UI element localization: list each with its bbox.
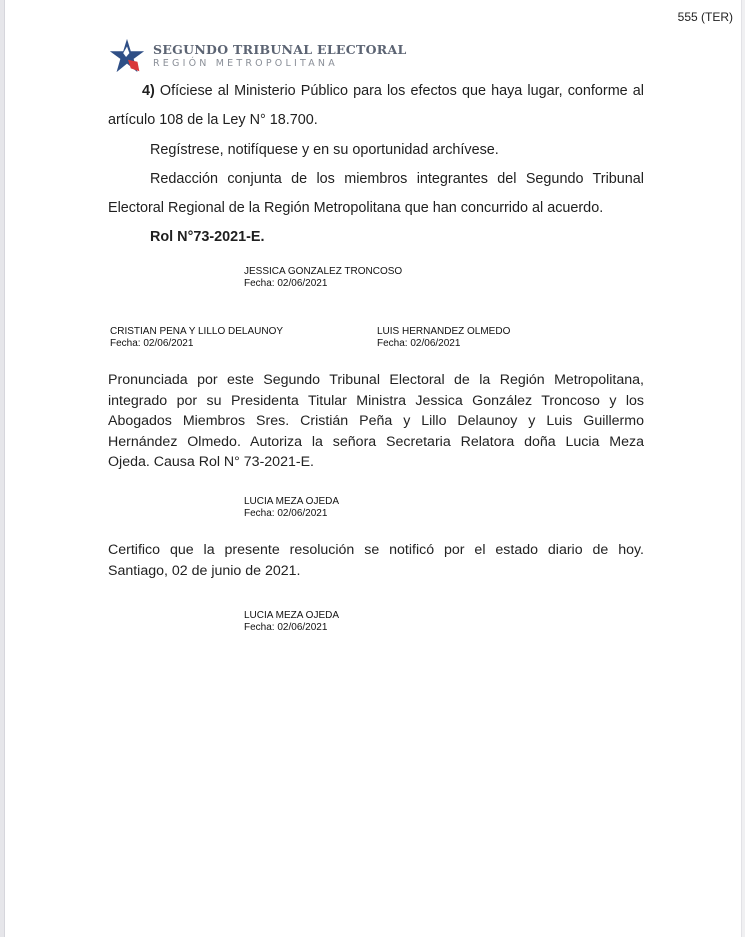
signature-date: Fecha: 02/06/2021	[377, 338, 510, 350]
item-4-line-2: artículo 108 de la Ley N° 18.700.	[108, 112, 318, 128]
rol-number: Rol N°73-2021-E.	[150, 229, 265, 245]
signer-name: LUCIA MEZA OJEDA	[244, 610, 339, 622]
page-left-edge	[0, 0, 5, 937]
signature-date: Fecha: 02/06/2021	[244, 508, 339, 520]
para-line: Certifico que la presente resolución se …	[108, 540, 644, 561]
para-line: integrado por su Presidenta Titular Mini…	[108, 391, 644, 412]
signature-member-2: LUIS HERNANDEZ OLMEDO Fecha: 02/06/2021	[377, 326, 510, 349]
pronunciada-paragraph: Pronunciada por este Segundo Tribunal El…	[108, 370, 644, 473]
para-line: Santiago, 02 de junio de 2021.	[108, 561, 644, 582]
item-number: 4)	[142, 83, 155, 99]
para-line: Pronunciada por este Segundo Tribunal El…	[108, 370, 644, 391]
tribunal-logo: SEGUNDO TRIBUNAL ELECTORAL REGIÓN METROP…	[108, 37, 407, 75]
tribunal-name: SEGUNDO TRIBUNAL ELECTORAL	[153, 42, 407, 57]
para-line: Hernández Olmedo. Autoriza la señora Sec…	[108, 432, 644, 453]
signature-secretary-2: LUCIA MEZA OJEDA Fecha: 02/06/2021	[244, 610, 339, 633]
star-icon	[108, 37, 146, 75]
signer-name: CRISTIAN PENA Y LILLO DELAUNOY	[110, 326, 283, 338]
page-right-edge	[741, 0, 745, 937]
signature-date: Fecha: 02/06/2021	[110, 338, 283, 350]
signature-president: JESSICA GONZALEZ TRONCOSO Fecha: 02/06/2…	[244, 266, 402, 289]
redaccion-line-1: Redacción conjunta de los miembros integ…	[108, 171, 644, 187]
register-line: Regístrese, notifíquese y en su oportuni…	[150, 142, 499, 158]
signer-name: LUIS HERNANDEZ OLMEDO	[377, 326, 510, 338]
signature-date: Fecha: 02/06/2021	[244, 622, 339, 634]
redaccion-line-2: Electoral Regional de la Región Metropol…	[108, 200, 603, 216]
signature-secretary-1: LUCIA MEZA OJEDA Fecha: 02/06/2021	[244, 496, 339, 519]
signature-member-1: CRISTIAN PENA Y LILLO DELAUNOY Fecha: 02…	[110, 326, 283, 349]
item-4-line-1: 4) Ofíciese al Ministerio Público para l…	[108, 83, 644, 99]
signature-date: Fecha: 02/06/2021	[244, 278, 402, 290]
para-line: Ojeda. Causa Rol N° 73-2021-E.	[108, 452, 644, 473]
region-name: REGIÓN METROPOLITANA	[153, 57, 407, 70]
signer-name: LUCIA MEZA OJEDA	[244, 496, 339, 508]
para-line: Abogados Miembros Sres. Cristián Peña y …	[108, 411, 644, 432]
certifico-paragraph: Certifico que la presente resolución se …	[108, 540, 644, 581]
page-number: 555 (TER)	[678, 10, 733, 24]
signer-name: JESSICA GONZALEZ TRONCOSO	[244, 266, 402, 278]
item-4-text: Ofíciese al Ministerio Público para los …	[155, 83, 644, 99]
